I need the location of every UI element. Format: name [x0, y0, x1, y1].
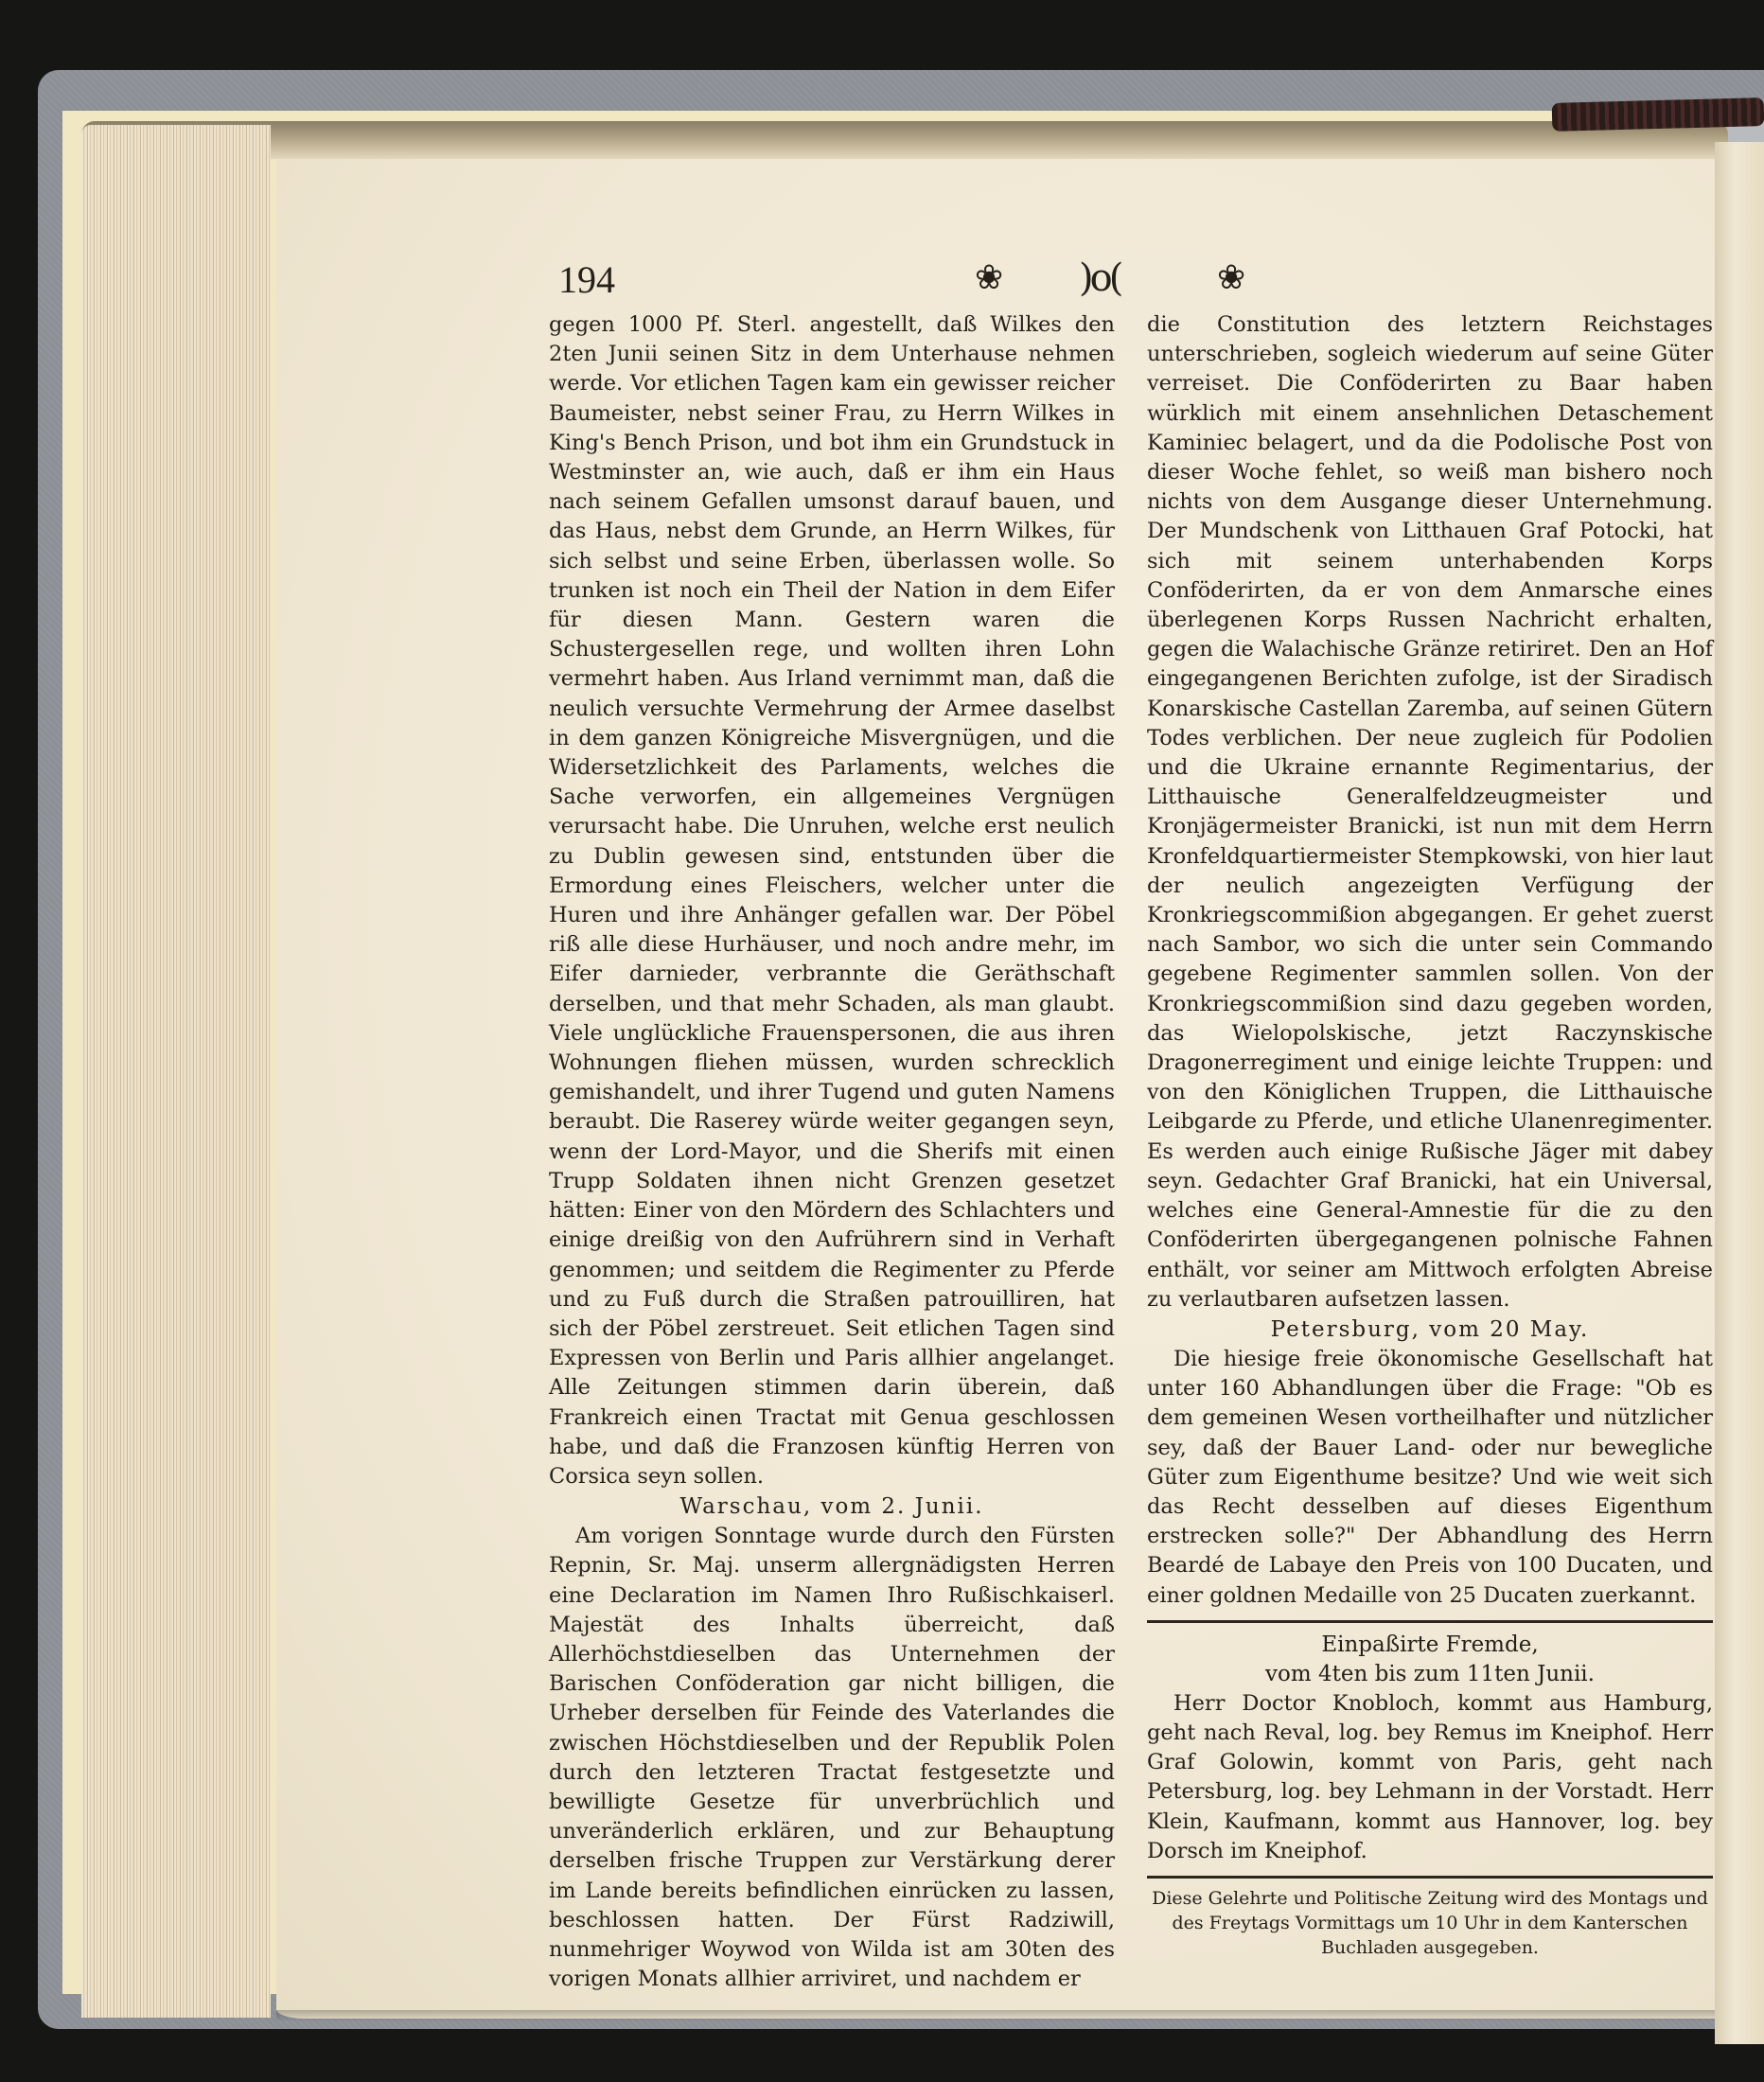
bookmark-ribbon — [1552, 97, 1764, 132]
page-block-top-edge — [81, 121, 1728, 159]
dateline-warschau: Warschau, vom 2. Junii. — [549, 1491, 1115, 1522]
arrivals-text: Herr Doctor Knobloch, kommt aus Hamburg,… — [1147, 1689, 1713, 1866]
section-divider — [1147, 1620, 1713, 1623]
news-paragraph-london: gegen 1000 Pf. Sterl. angestellt, daß Wi… — [549, 310, 1115, 1491]
arrivals-title: Einpaßirte Fremde, — [1147, 1631, 1713, 1660]
colophon: Diese Gelehrte und Politische Zeitung wi… — [1147, 1886, 1713, 1960]
news-paragraph-warschau-cont: die Constitution des letztern Reichstage… — [1147, 310, 1713, 1314]
left-column: gegen 1000 Pf. Sterl. angestellt, daß Wi… — [549, 310, 1115, 1994]
right-column: die Constitution des letztern Reichstage… — [1147, 310, 1713, 1994]
dateline-petersburg: Petersburg, vom 20 May. — [1147, 1314, 1713, 1345]
shell-ornament-icon: ❀ — [975, 259, 1003, 297]
page-text-block: 194 ❀ )o( ❀ gegen 1000 Pf. Sterl. angest… — [549, 248, 1713, 1994]
running-head: 194 ❀ )o( ❀ — [549, 248, 1713, 310]
page-block-fore-edge — [81, 125, 271, 2018]
facing-page-edge — [1715, 142, 1764, 2044]
news-paragraph-warschau: Am vorigen Sonntage wurde durch den Fürs… — [549, 1522, 1115, 1994]
page-number: 194 — [558, 257, 615, 302]
two-column-layout: gegen 1000 Pf. Sterl. angestellt, daß Wi… — [549, 310, 1713, 1994]
colophon-divider — [1147, 1876, 1713, 1879]
ornament-divider: )o( — [1079, 259, 1120, 297]
shell-ornament-icon: ❀ — [1217, 259, 1245, 297]
arrivals-subtitle: vom 4ten bis zum 11ten Junii. — [1147, 1660, 1713, 1689]
news-paragraph-petersburg: Die hiesige freie ökonomische Gesellscha… — [1147, 1345, 1713, 1611]
page-shadow — [276, 2010, 1715, 2021]
